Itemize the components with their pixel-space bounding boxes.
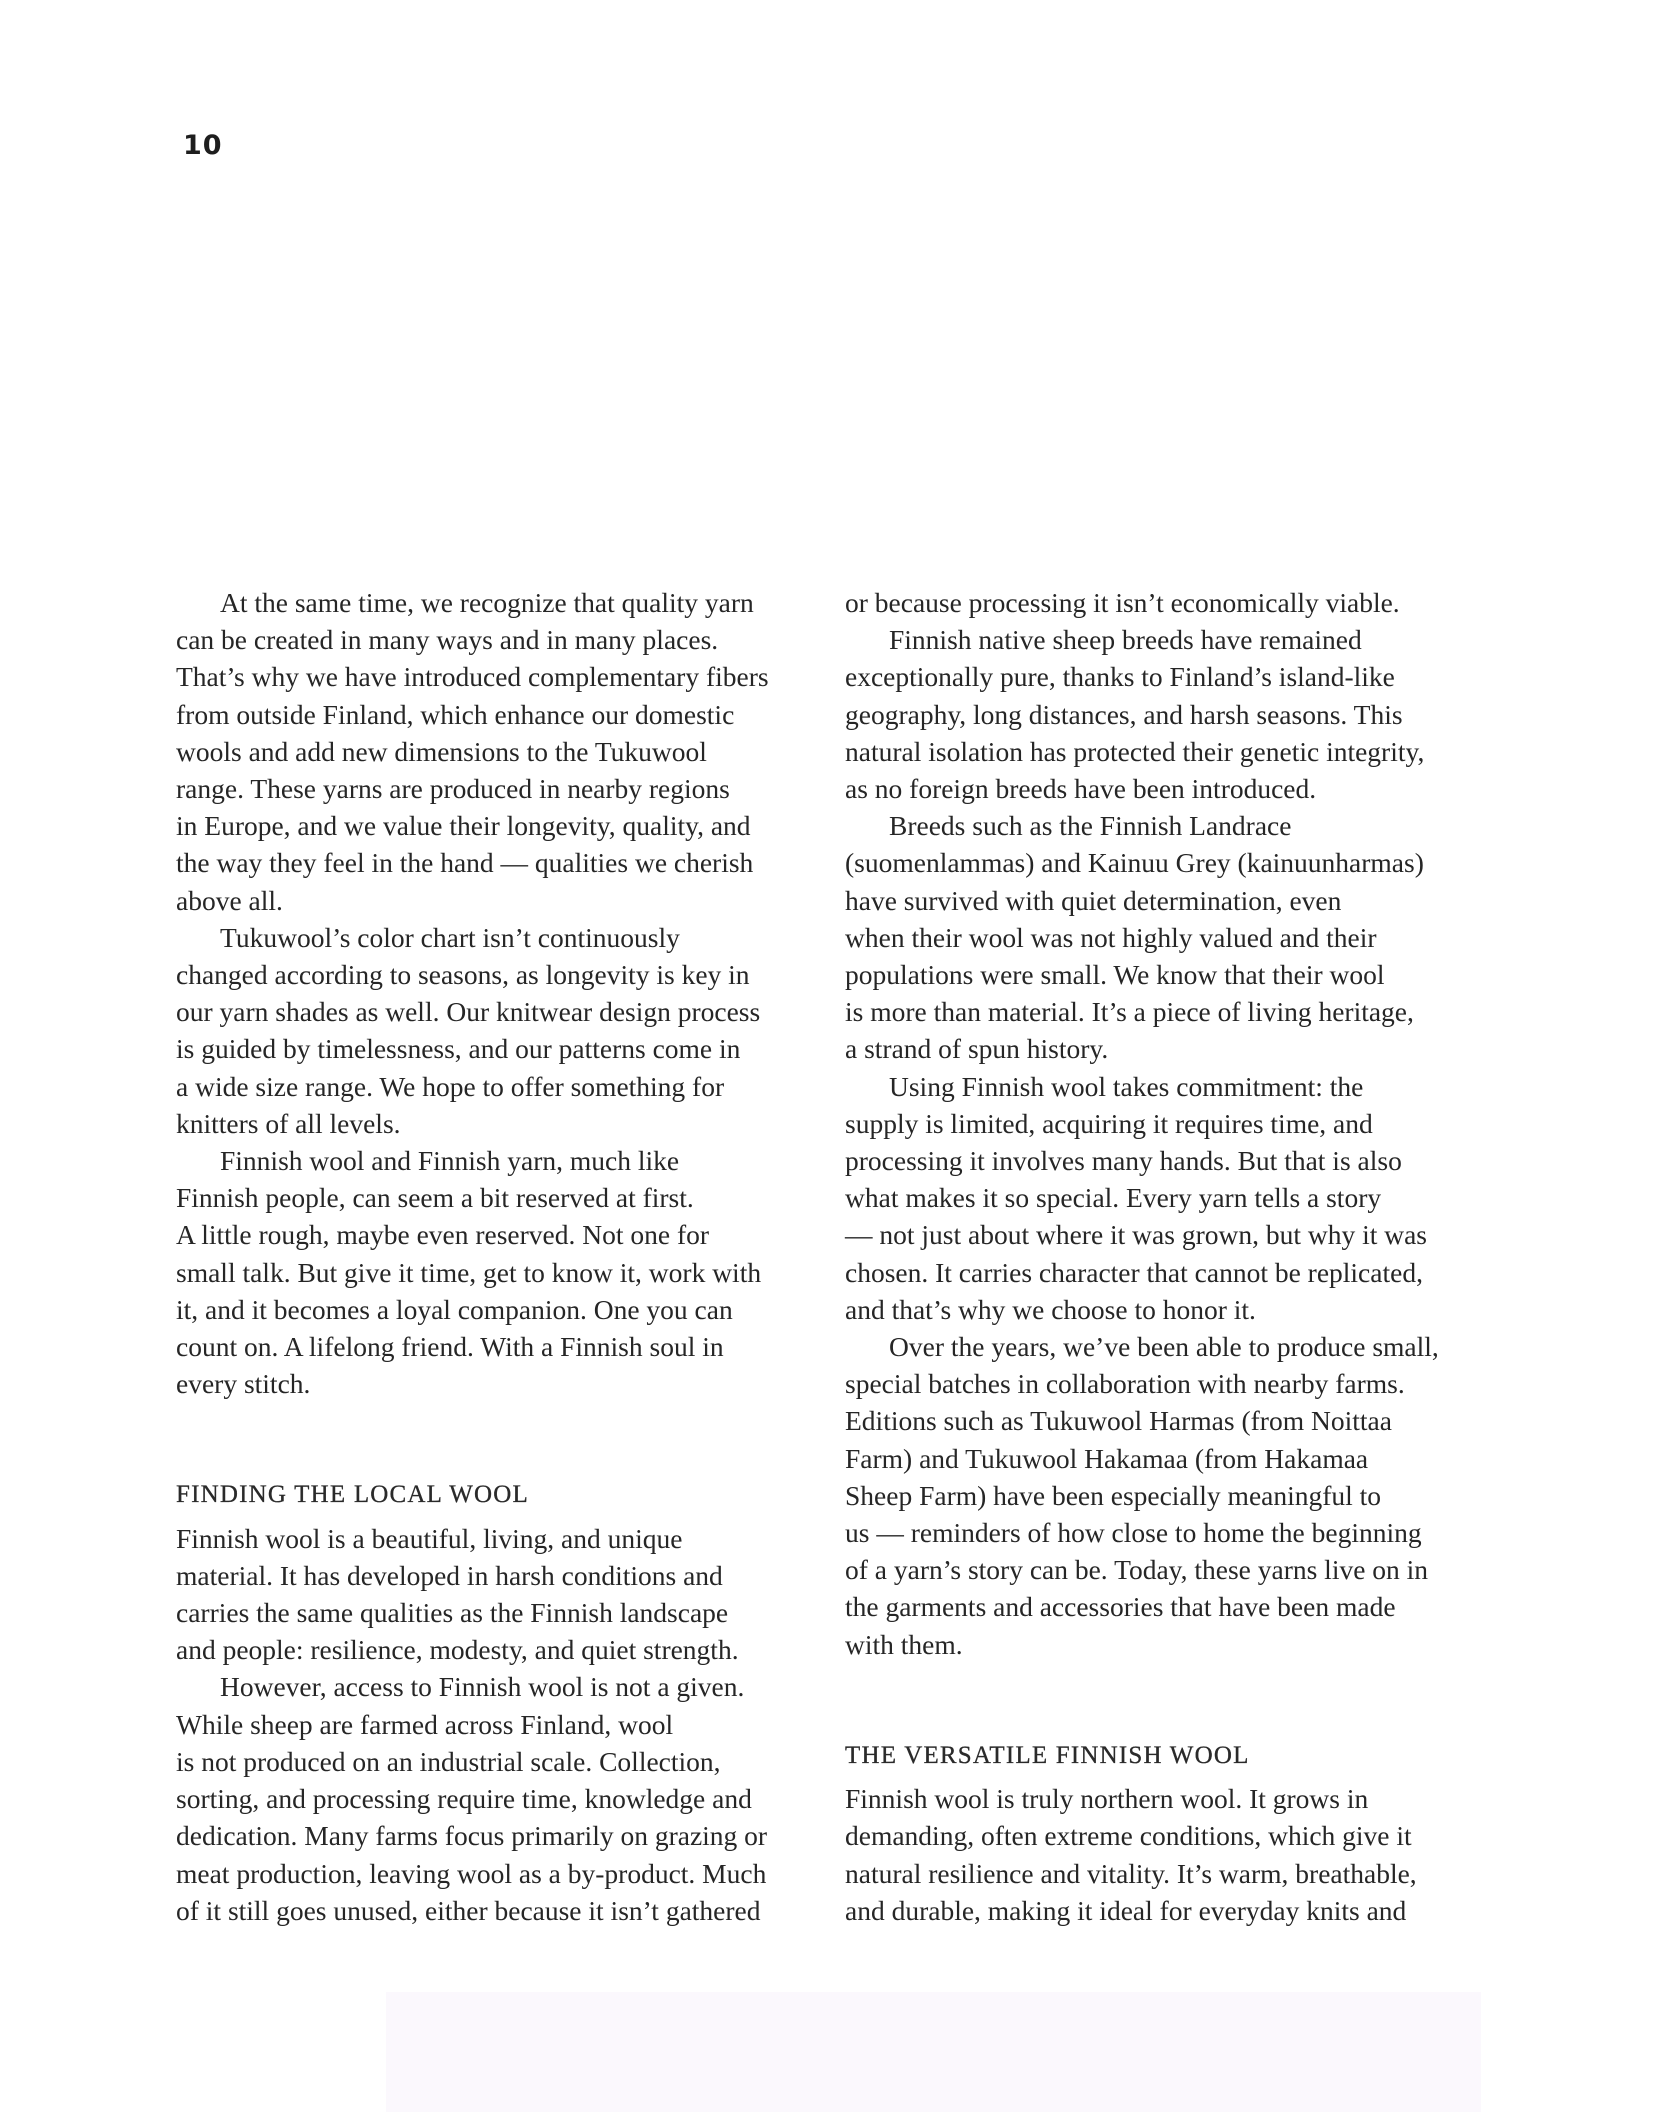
text-line: material. It has developed in harsh cond… xyxy=(176,1557,826,1594)
text-line: special batches in collaboration with ne… xyxy=(845,1365,1505,1402)
text-line: Breeds such as the Finnish Landrace xyxy=(845,807,1505,844)
text-line: our yarn shades as well. Our knitwear de… xyxy=(176,993,826,1030)
paragraph-finnish-wool-living: Finnish wool is a beautiful, living, and… xyxy=(176,1520,826,1669)
text-line: every stitch. xyxy=(176,1365,826,1402)
paragraph-northern-wool: Finnish wool is truly northern wool. It … xyxy=(845,1780,1505,1929)
section-heading-versatile-finnish-wool: THE VERSATILE FINNISH WOOL xyxy=(845,1737,1505,1774)
text-line: Editions such as Tukuwool Harmas (from N… xyxy=(845,1402,1505,1439)
text-line: Over the years, we’ve been able to produ… xyxy=(845,1328,1505,1365)
text-line: A little rough, maybe even reserved. Not… xyxy=(176,1216,826,1253)
section-spacer xyxy=(176,1402,826,1476)
text-line: populations were small. We know that the… xyxy=(845,956,1505,993)
text-line: what makes it so special. Every yarn tel… xyxy=(845,1179,1505,1216)
section-spacer xyxy=(845,1663,1505,1737)
text-line: natural isolation has protected their ge… xyxy=(845,733,1505,770)
text-line: of it still goes unused, either because … xyxy=(176,1892,826,1929)
text-line: as no foreign breeds have been introduce… xyxy=(845,770,1505,807)
text-line: While sheep are farmed across Finland, w… xyxy=(176,1706,826,1743)
text-line: or because processing it isn’t economica… xyxy=(845,584,1505,621)
footer-image-placeholder xyxy=(386,1992,1481,2112)
paragraph-continued: or because processing it isn’t economica… xyxy=(845,584,1505,621)
text-line: small talk. But give it time, get to kno… xyxy=(176,1254,826,1291)
section-heading-finding-local-wool: FINDING THE LOCAL WOOL xyxy=(176,1476,826,1513)
text-line: (suomenlammas) and Kainuu Grey (kainuunh… xyxy=(845,844,1505,881)
text-line: a strand of spun history. xyxy=(845,1030,1505,1067)
text-line: demanding, often extreme conditions, whi… xyxy=(845,1817,1505,1854)
paragraph-quality-yarn: At the same time, we recognize that qual… xyxy=(176,584,826,919)
text-line: — not just about where it was grown, but… xyxy=(845,1216,1505,1253)
text-line: when their wool was not highly valued an… xyxy=(845,919,1505,956)
paragraph-color-chart: Tukuwool’s color chart isn’t continuousl… xyxy=(176,919,826,1142)
text-line: exceptionally pure, thanks to Finland’s … xyxy=(845,658,1505,695)
text-line: Farm) and Tukuwool Hakamaa (from Hakamaa xyxy=(845,1440,1505,1477)
text-line: processing it involves many hands. But t… xyxy=(845,1142,1505,1179)
text-line: above all. xyxy=(176,882,826,919)
text-line: knitters of all levels. xyxy=(176,1105,826,1142)
text-line: with them. xyxy=(845,1626,1505,1663)
page-number: 10 xyxy=(183,130,223,161)
paragraph-landrace-kainuu: Breeds such as the Finnish Landrace (suo… xyxy=(845,807,1505,1067)
text-line: wools and add new dimensions to the Tuku… xyxy=(176,733,826,770)
text-line: geography, long distances, and harsh sea… xyxy=(845,696,1505,733)
text-line: meat production, leaving wool as a by-pr… xyxy=(176,1855,826,1892)
text-line: At the same time, we recognize that qual… xyxy=(176,584,826,621)
text-line: Tukuwool’s color chart isn’t continuousl… xyxy=(176,919,826,956)
text-line: range. These yarns are produced in nearb… xyxy=(176,770,826,807)
text-line: chosen. It carries character that cannot… xyxy=(845,1254,1505,1291)
text-line: and people: resilience, modesty, and qui… xyxy=(176,1631,826,1668)
left-column: At the same time, we recognize that qual… xyxy=(176,584,826,1929)
text-line: can be created in many ways and in many … xyxy=(176,621,826,658)
text-line: sorting, and processing require time, kn… xyxy=(176,1780,826,1817)
text-line: Sheep Farm) have been especially meaning… xyxy=(845,1477,1505,1514)
text-line: supply is limited, acquiring it requires… xyxy=(845,1105,1505,1142)
text-line: have survived with quiet determination, … xyxy=(845,882,1505,919)
paragraph-access-to-wool: However, access to Finnish wool is not a… xyxy=(176,1668,826,1928)
text-line: Finnish wool is a beautiful, living, and… xyxy=(176,1520,826,1557)
text-line: Using Finnish wool takes commitment: the xyxy=(845,1068,1505,1105)
text-line: Finnish people, can seem a bit reserved … xyxy=(176,1179,826,1216)
text-line: and that’s why we choose to honor it. xyxy=(845,1291,1505,1328)
text-line: the way they feel in the hand — qualitie… xyxy=(176,844,826,881)
text-line: in Europe, and we value their longevity,… xyxy=(176,807,826,844)
text-line: dedication. Many farms focus primarily o… xyxy=(176,1817,826,1854)
text-line: carries the same qualities as the Finnis… xyxy=(176,1594,826,1631)
text-line: from outside Finland, which enhance our … xyxy=(176,696,826,733)
text-line: it, and it becomes a loyal companion. On… xyxy=(176,1291,826,1328)
text-line: is not produced on an industrial scale. … xyxy=(176,1743,826,1780)
text-line: changed according to seasons, as longevi… xyxy=(176,956,826,993)
text-line: is guided by timelessness, and our patte… xyxy=(176,1030,826,1067)
text-line: However, access to Finnish wool is not a… xyxy=(176,1668,826,1705)
text-line: Finnish wool and Finnish yarn, much like xyxy=(176,1142,826,1179)
text-line: natural resilience and vitality. It’s wa… xyxy=(845,1855,1505,1892)
text-line: the garments and accessories that have b… xyxy=(845,1588,1505,1625)
paragraph-special-batches: Over the years, we’ve been able to produ… xyxy=(845,1328,1505,1663)
text-line: of a yarn’s story can be. Today, these y… xyxy=(845,1551,1505,1588)
text-line: count on. A lifelong friend. With a Finn… xyxy=(176,1328,826,1365)
text-line: Finnish wool is truly northern wool. It … xyxy=(845,1780,1505,1817)
right-column: or because processing it isn’t economica… xyxy=(845,584,1505,1929)
paragraph-native-breeds: Finnish native sheep breeds have remaine… xyxy=(845,621,1505,807)
text-line: us — reminders of how close to home the … xyxy=(845,1514,1505,1551)
paragraph-commitment: Using Finnish wool takes commitment: the… xyxy=(845,1068,1505,1328)
text-line: is more than material. It’s a piece of l… xyxy=(845,993,1505,1030)
text-line: Finnish native sheep breeds have remaine… xyxy=(845,621,1505,658)
text-line: and durable, making it ideal for everyda… xyxy=(845,1892,1505,1929)
text-line: a wide size range. We hope to offer some… xyxy=(176,1068,826,1105)
text-line: That’s why we have introduced complement… xyxy=(176,658,826,695)
paragraph-finnish-soul: Finnish wool and Finnish yarn, much like… xyxy=(176,1142,826,1402)
